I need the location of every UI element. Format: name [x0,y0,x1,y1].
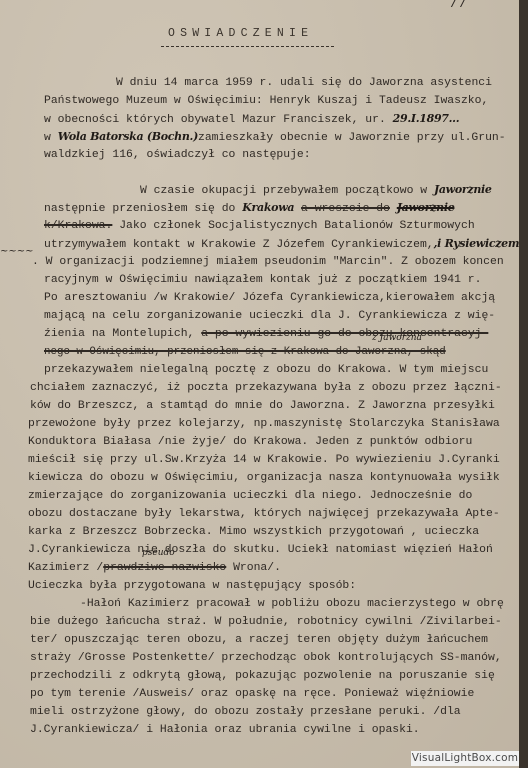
typewritten-document: / / OSWIADCZENIE W dniu 14 marca 1959 r.… [0,0,519,768]
body-line-29: po tym terenie /Ausweis/ oraz opaskę na … [30,685,474,703]
struck-line-2: nego w Oświęcimiu, przeniosłem się z Kra… [44,346,446,358]
struck-text: a wreszcie do [301,203,390,215]
struck-line-1: a po wywiezieniu go do obozu koncentracy… [201,328,488,340]
body-line-19: obozu dostaczane były lekarstwa, których… [28,505,500,523]
body-line-2-text: następnie przeniosłem się do [44,203,235,215]
body-line-8: mającą na celu zorganizowanie ucieczki d… [44,307,495,325]
body-line-27: straży /Grosse Postenkette/ przechodząc … [30,649,502,667]
body-line-12: chciałem zaznaczyć, iż poczta przekazywa… [30,379,502,397]
corner-handwritten-mark: / / [452,0,466,10]
body-line-25: bie dużego łańcucha straż. W południe, r… [30,613,502,631]
handwritten-birthdate: 29.I.1897... [393,112,460,125]
intro-line-4-text: zamieszkały obecnie w Jaworznie przy ul.… [198,132,506,144]
body-line-2: następnie przeniosłem się do Krakowa a w… [44,199,454,218]
body-line-24: -Hałoń Kazimierz pracował w pobliżu oboz… [80,595,504,613]
intro-line-2: Państwowego Muzeum w Oświęcimiu: Henryk … [44,92,488,110]
margin-scribble: ~~~~ [0,246,34,257]
document-title: OSWIADCZENIE [168,27,313,40]
body-line-5: . W organizacji podziemnej miałem pseudo… [32,253,504,271]
body-line-26: ter/ opuszczając teren obozu, a raczej t… [30,631,488,649]
body-line-28: przechodzili z odkrytą głową, pokazując … [30,667,495,685]
handwritten-jaworznie: Jaworznie [434,183,492,196]
handwritten-krakowa: Krakowa [242,201,294,214]
watermark-link[interactable]: VisualLightBox.com [411,751,519,766]
body-line-7: Po aresztowaniu /w Krakowie/ Józefa Cyra… [44,289,495,307]
body-line-11: przekazywałem nielegalną pocztę z obozu … [44,361,488,379]
struck-prawdziwe-nazwisko: prawdziwe nazwisko [103,562,226,574]
body-line-30: mieli ostrzyżone głowy, do obozu zostały… [30,703,461,721]
body-line-18: zmierzające do zorganizowania ucieczki d… [28,487,472,505]
body-line-4-text: utrzymywałem kontakt w Krakowie Z Józefe… [44,239,434,251]
body-line-1-text: W czasie okupacji przebywałem początkowo… [140,185,427,197]
handwritten-insert-jaworzna: z Jaworzna [372,333,422,343]
body-line-21: J.Cyrankiewicza nie doszła do skutku. Uc… [28,541,493,559]
body-line-4: utrzymywałem kontakt w Krakowie Z Józefe… [44,235,519,254]
body-line-14: przewożone były przez kolejarzy, np.masz… [28,415,500,433]
body-line-13: ków do Brzeszcz, a stamtąd do mnie do Ja… [30,397,495,415]
body-line-22-text: Kazimierz / [28,562,103,574]
intro-line-3: w obecności których obywatel Mazur Franc… [44,110,459,129]
body-line-16: mieścił się przy ul.Sw.Krzyża 14 w Krako… [28,451,500,469]
handwritten-pseudo: pseudo [142,548,175,558]
body-line-22: Kazimierz /prawdziwe nazwisko Wrona/. [28,559,281,577]
struck-k-krakowa: k/Krakowa. [44,220,112,232]
struck-handwritten: Jaworznie [397,201,455,214]
intro-line-4: w Wola Batorska (Bochn.)zamieszkały obec… [44,128,506,147]
body-line-22-end: Wrona/. [233,562,281,574]
intro-line-3-text: w obecności których obywatel Mazur Franc… [44,114,386,126]
body-line-10: nego w Oświęcimiu, przeniosłem się z Kra… [44,343,446,361]
body-line-23: Ucieczka była przygotowana w następujący… [28,577,356,595]
intro-w: w [44,132,51,144]
body-line-17: kiewicza do obozu w Oświęcimiu, organiza… [28,469,500,487]
body-line-1: W czasie okupacji przebywałem początkowo… [140,181,492,200]
intro-line-5: waldzkiej 116, oświadczył co następuje: [44,146,311,164]
title-underline [161,46,334,47]
body-line-15: Konduktora Białasa /nie żyje/ do Krakowa… [28,433,472,451]
body-line-31: J.Cyrankiewicza/ i Hałonia oraz ubrania … [30,721,420,739]
page-border [519,0,528,768]
handwritten-birthplace: Wola Batorska (Bochn.) [58,130,198,143]
body-line-9-text: źienia na Montelupich, [44,328,194,340]
handwritten-rysiewiczem: ,i Rysiewiczem [434,237,520,250]
body-line-3-text: Jako członek Socjalistycznych Batalionów… [119,220,474,232]
body-line-20: karka z Brzeszcz Bobrzecka. Mimo wszystk… [28,523,479,541]
intro-line-1: W dniu 14 marca 1959 r. udali się do Jaw… [116,74,492,92]
body-line-3: k/Krakowa. Jako członek Socjalistycznych… [44,217,475,235]
body-line-6: racyjnym w Oświęcimiu nawiązałem kontak … [44,271,481,289]
